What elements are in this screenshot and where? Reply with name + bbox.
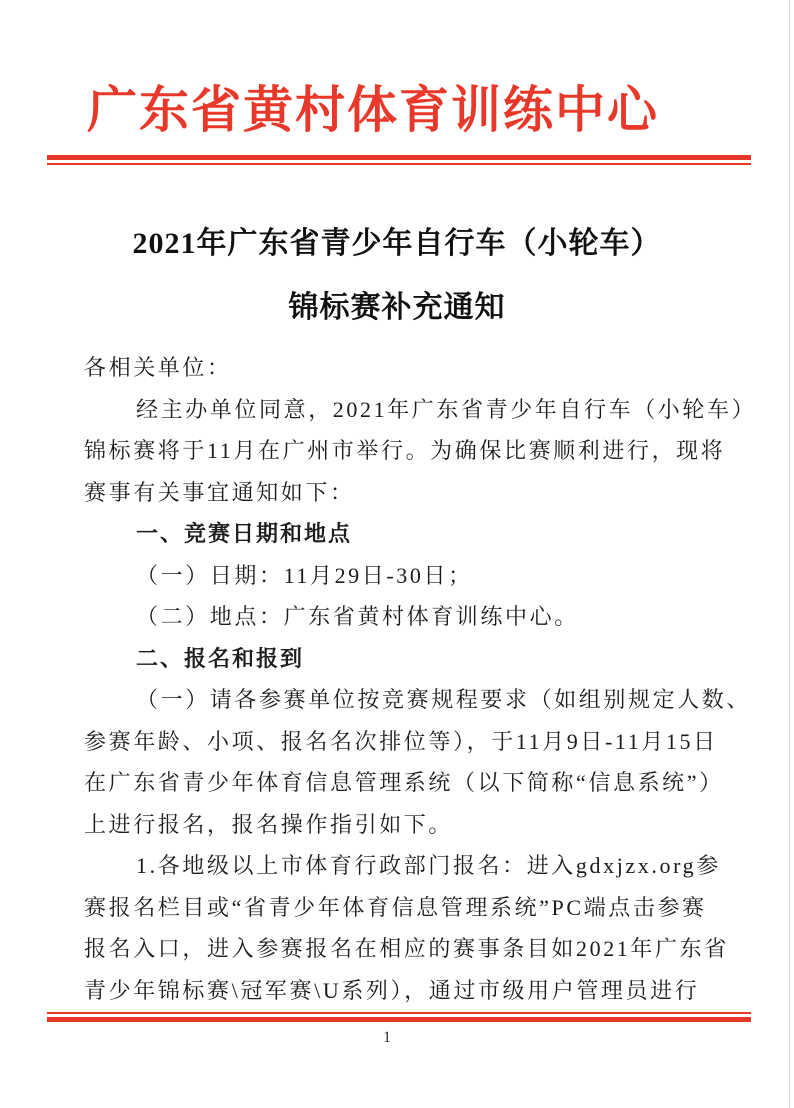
document-title-line1: 2021年广东省青少年自行车（小轮车）	[0, 212, 794, 276]
body-text-line: 参赛年龄、小项、报名名次排位等），于11月9日-11月15日	[84, 721, 716, 763]
body-text-line: 各相关单位：	[84, 347, 716, 389]
footer-divider	[47, 1012, 751, 1022]
letterhead-divider	[47, 155, 751, 165]
body-text-line: 经主办单位同意，2021年广东省青少年自行车（小轮车）	[84, 389, 716, 431]
section-heading-line: 二、报名和报到	[84, 638, 716, 680]
footer-rule-thick	[47, 1017, 751, 1022]
body-text-line: 赛事有关事宜通知如下：	[84, 472, 716, 514]
body-text-line: 报名入口，进入参赛报名在相应的赛事条目如2021年广东省	[84, 928, 716, 970]
document-body: 各相关单位：经主办单位同意，2021年广东省青少年自行车（小轮车）锦标赛将于11…	[84, 347, 716, 1011]
body-text-line: （一）日期：11月29日-30日；	[84, 555, 716, 597]
document-title: 2021年广东省青少年自行车（小轮车） 锦标赛补充通知	[0, 212, 794, 340]
letterhead-org-name: 广东省黄村体育训练中心	[0, 70, 746, 142]
document-title-line2: 锦标赛补充通知	[0, 276, 794, 340]
page-number: 1	[0, 1029, 774, 1047]
body-text-line: 在广东省青少年体育信息管理系统（以下简称“信息系统”）	[84, 762, 716, 804]
body-text-line: （一）请各参赛单位按竞赛规程要求（如组别规定人数、	[84, 679, 716, 721]
section-heading-line: 一、竞赛日期和地点	[84, 513, 716, 555]
body-text-line: 1.各地级以上市体育行政部门报名：进入gdxjzx.org参	[84, 845, 716, 887]
body-text-line: 上进行报名，报名操作指引如下。	[84, 804, 716, 846]
document-page: 广东省黄村体育训练中心 2021年广东省青少年自行车（小轮车） 锦标赛补充通知 …	[0, 0, 794, 1108]
body-text-line: 锦标赛将于11月在广州市举行。为确保比赛顺利进行，现将	[84, 430, 716, 472]
body-text-line: 赛报名栏目或“省青少年体育信息管理系统”PC端点击参赛	[84, 887, 716, 929]
body-text-line: 青少年锦标赛\冠军赛\U系列），通过市级用户管理员进行	[84, 970, 716, 1012]
scanner-edge-artifact	[789, 0, 790, 1108]
letterhead-rule-thin	[47, 163, 751, 165]
footer-rule-thin	[47, 1012, 751, 1014]
body-text-line: （二）地点：广东省黄村体育训练中心。	[84, 596, 716, 638]
letterhead-rule-thick	[47, 155, 751, 160]
